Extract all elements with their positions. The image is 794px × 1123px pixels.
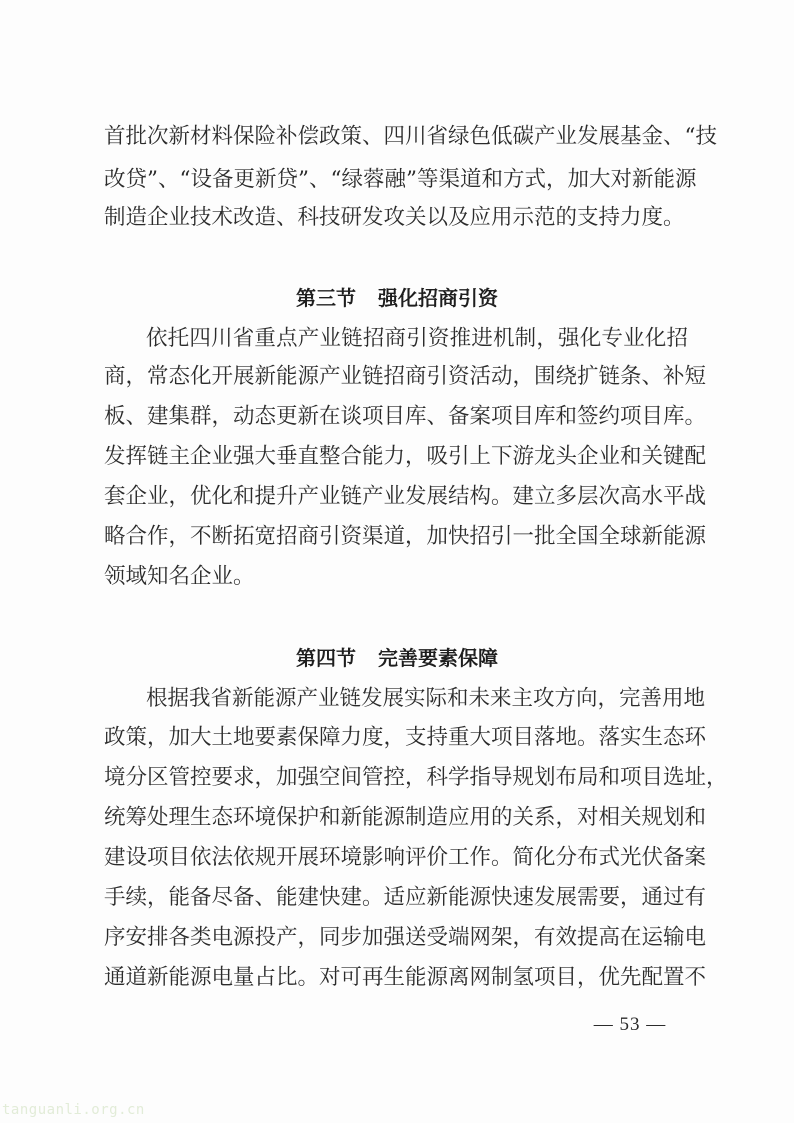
page-number: — 53 —	[590, 1010, 670, 1040]
paragraph-line: 领域知名企业。	[104, 557, 688, 597]
document-page: 首批次新材料保险补偿政策、四川省绿色低碳产业发展基金、“技 改贷”、“设备更新贷…	[0, 0, 794, 1123]
watermark: tanguanli.org.cn	[2, 1102, 145, 1118]
paragraph-line: 统筹处理生态环境保护和新能源制造应用的关系，对相关规划和	[104, 798, 688, 838]
section-title: 强化招商引资	[378, 286, 498, 310]
paragraph-line: 依托四川省重点产业链招商引资推进机制，强化专业化招	[146, 319, 688, 359]
section-heading-4: 第四节完善要素保障	[0, 638, 794, 678]
paragraph-line: 首批次新材料保险补偿政策、四川省绿色低碳产业发展基金、“技	[104, 117, 688, 157]
paragraph-line: 政策，加大土地要素保障力度，支持重大项目落地。落实生态环	[104, 718, 688, 758]
paragraph-line: 手续，能备尽备、能建快建。适应新能源快速发展需要，通过有	[104, 878, 688, 918]
paragraph-line: 板、建集群，动态更新在谈项目库、备案项目库和签约项目库。	[104, 397, 688, 437]
paragraph-line: 通道新能源电量占比。对可再生能源离网制氢项目，优先配置不	[104, 958, 688, 998]
paragraph-line: 套企业，优化和提升产业链产业发展结构。建立多层次高水平战	[104, 477, 688, 517]
paragraph-line: 制造企业技术改造、科技研发攻关以及应用示范的支持力度。	[104, 198, 688, 238]
paragraph-line: 根据我省新能源产业链发展实际和未来主攻方向，完善用地	[146, 679, 688, 719]
paragraph-line: 改贷”、“设备更新贷”、“绿蓉融”等渠道和方式，加大对新能源	[104, 160, 688, 200]
section-title: 完善要素保障	[378, 646, 498, 670]
section-number: 第三节	[296, 286, 356, 310]
section-heading-3: 第三节强化招商引资	[0, 278, 794, 318]
paragraph-line: 略合作，不断拓宽招商引资渠道，加快招引一批全国全球新能源	[104, 517, 688, 557]
paragraph-line: 商，常态化开展新能源产业链招商引资活动，围绕扩链条、补短	[104, 357, 688, 397]
paragraph-line: 发挥链主企业强大垂直整合能力，吸引上下游龙头企业和关键配	[104, 437, 688, 477]
paragraph-line: 序安排各类电源投产，同步加强送受端网架，有效提高在运输电	[104, 918, 688, 958]
paragraph-line: 境分区管控要求，加强空间管控，科学指导规划布局和项目选址，	[104, 758, 688, 798]
paragraph-line: 建设项目依法依规开展环境影响评价工作。简化分布式光伏备案	[104, 838, 688, 878]
section-number: 第四节	[296, 646, 356, 670]
